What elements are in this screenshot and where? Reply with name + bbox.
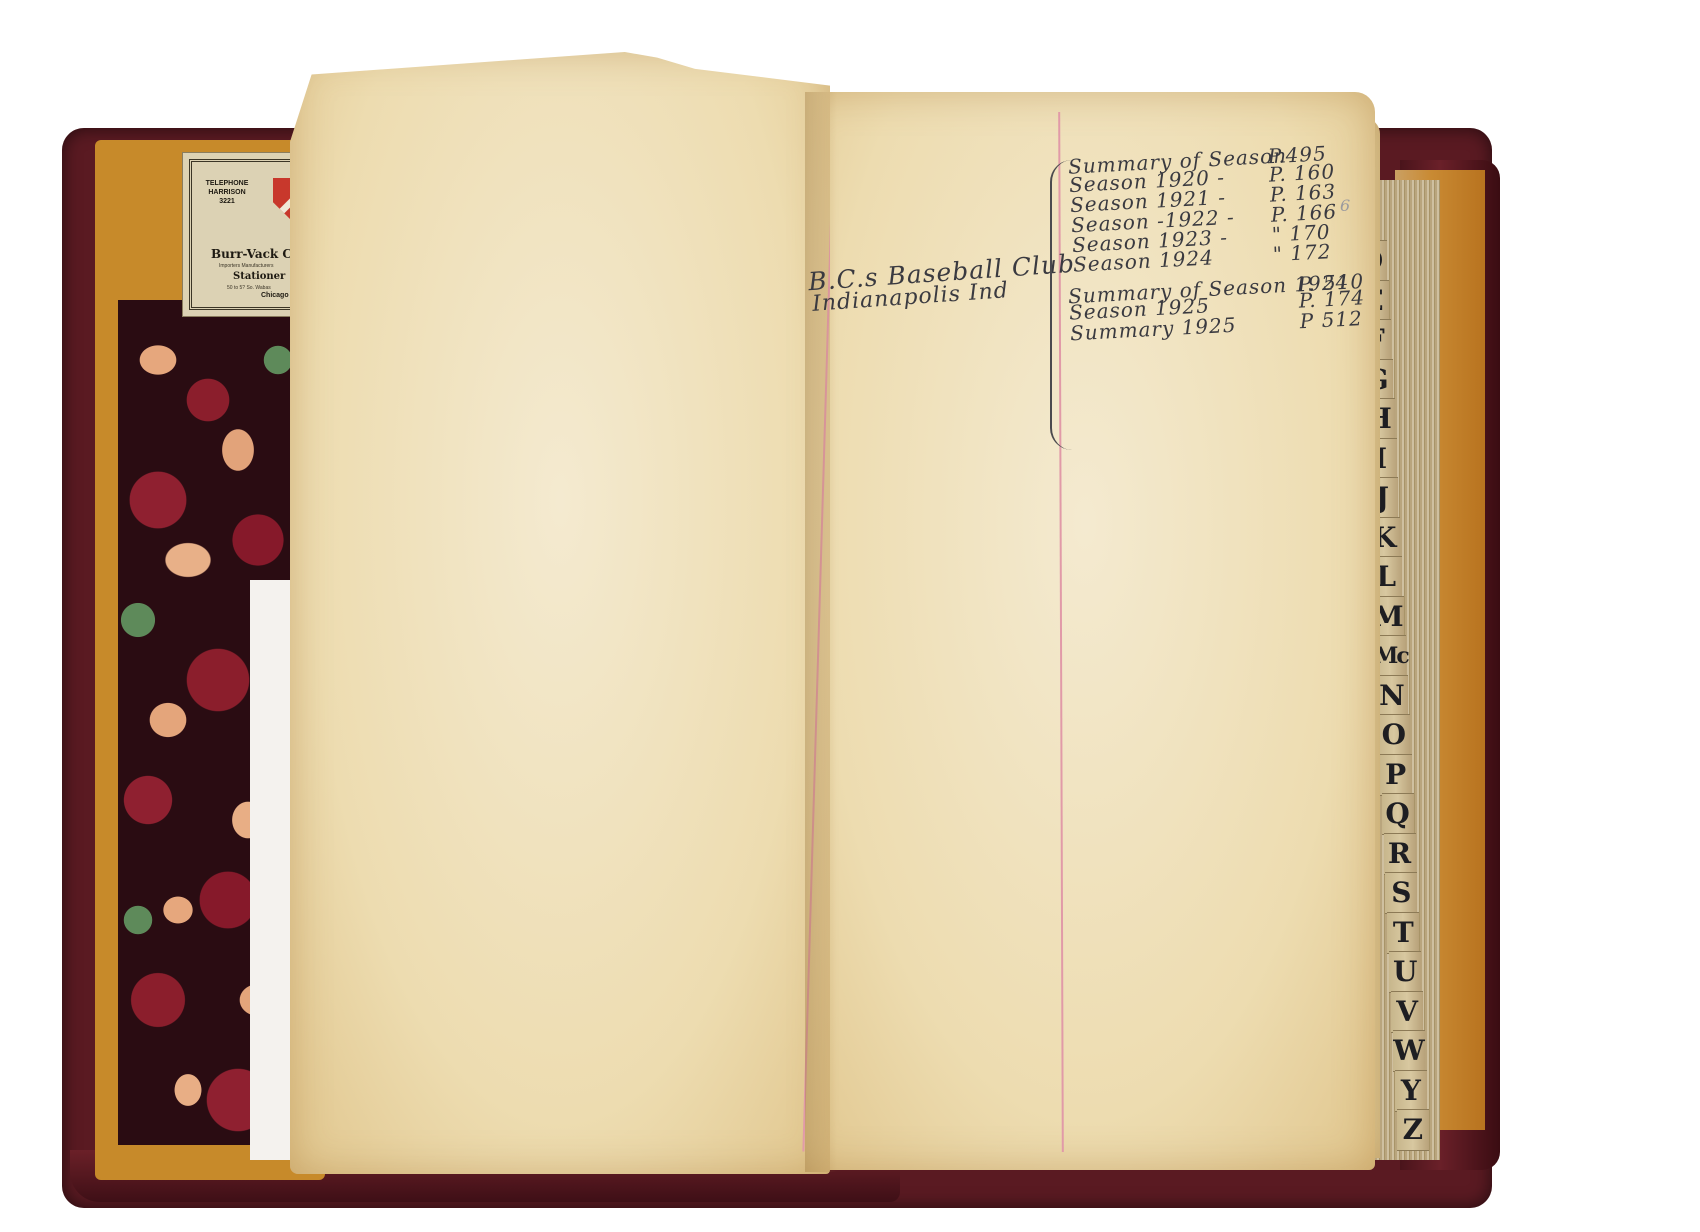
index-tab-r[interactable]: R xyxy=(1384,833,1416,875)
index-tab-s[interactable]: S xyxy=(1385,872,1417,914)
index-tab-y[interactable]: Y xyxy=(1395,1070,1427,1112)
index-tab-o[interactable]: O xyxy=(1378,714,1410,756)
faint-mark: 6 xyxy=(1340,196,1351,215)
label-stationers: Stationer xyxy=(233,271,285,282)
entry-page-number: " 172 xyxy=(1272,240,1332,265)
tel-line-2: HARRISON xyxy=(197,188,257,197)
index-tab-z[interactable]: Z xyxy=(1397,1109,1429,1151)
index-tab-u[interactable]: U xyxy=(1389,951,1421,993)
index-tab-v[interactable]: V xyxy=(1391,991,1423,1033)
label-telephone: TELEPHONE HARRISON 3221 xyxy=(197,179,257,206)
left-page xyxy=(290,52,830,1174)
index-tab-n[interactable]: N xyxy=(1376,675,1408,717)
index-tab-t[interactable]: T xyxy=(1387,912,1419,954)
label-city: Chicago xyxy=(261,292,289,299)
label-company: Burr-Vack C xyxy=(211,247,292,261)
tel-line-3: 3221 xyxy=(197,197,257,206)
tel-line-1: TELEPHONE xyxy=(197,179,257,188)
label-address: 50 to 5? So. Wabas xyxy=(227,285,271,291)
label-subline: Importers Manufacturers xyxy=(219,263,273,269)
index-tab-q[interactable]: Q xyxy=(1382,793,1414,835)
gutter-shadow xyxy=(805,92,837,1172)
entry-page-number: P 512 xyxy=(1299,307,1363,332)
index-tab-w[interactable]: W xyxy=(1393,1030,1425,1072)
index-tab-p[interactable]: P xyxy=(1380,754,1412,796)
